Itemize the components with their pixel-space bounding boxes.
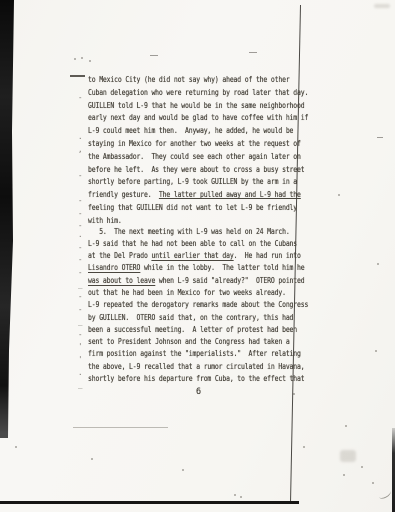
text-line: Cuban delegation who were returning by r… (88, 87, 354, 100)
margin-mark: - (78, 293, 88, 300)
margin-mark: ' (78, 343, 88, 350)
margin-mark: - (78, 172, 88, 179)
margin-mark: _ (78, 281, 88, 288)
text-line: feeling that GUILLEN did not want to let… (88, 202, 354, 215)
scan-artifact-dot (361, 466, 363, 468)
text-line: L-9 said that he had not been able to ca… (88, 238, 354, 250)
scan-artifact-dot (89, 60, 91, 62)
text-line: before he left. As they were about to cr… (88, 164, 354, 177)
margin-mark: _ (78, 318, 88, 325)
scan-artifact-dot (345, 425, 347, 427)
text-line: at the Del Prado until earlier that day.… (88, 250, 354, 262)
margin-mark: , (78, 146, 88, 153)
scan-artifact-dash-strong (70, 75, 85, 77)
scan-artifact-dot (377, 263, 379, 265)
scanned-document-page: to Mexico City (he did not say why) ahea… (0, 0, 395, 512)
text-line: early next day and would be glad to have… (88, 112, 354, 125)
scan-artifact-dot (81, 57, 83, 59)
paragraph-item-5: 5. The next meeting with L-9 was held on… (88, 226, 354, 386)
scan-artifact-dot (303, 446, 305, 448)
margin-mark: - (78, 306, 88, 313)
text-line: was about to leave when L-9 said "alread… (88, 275, 354, 287)
underlined-phrase: The latter pulled away and L-9 had the (159, 190, 301, 199)
scan-edge-left-band (0, 0, 15, 438)
text-line: out that he had been in Mexico for two w… (88, 287, 354, 299)
text-line: shortly before his departure from Cuba, … (88, 373, 354, 385)
paragraph-continuation: to Mexico City (he did not say why) ahea… (88, 74, 354, 228)
margin-mark: . (78, 133, 88, 140)
scan-artifact-line (73, 427, 168, 428)
margin-mark: . (78, 369, 88, 376)
underlined-phrase: until earlier that day (151, 251, 233, 260)
margin-mark: - (78, 269, 88, 276)
text-line: L-9 repeated the derogatory remarks made… (88, 299, 354, 311)
text-line: sent to President Johnson and the Congre… (88, 336, 354, 348)
scan-artifact-dash (377, 137, 383, 138)
scan-artifact-dot (91, 458, 93, 460)
text-line: L-9 could meet him then. Anyway, he adde… (88, 125, 354, 138)
margin-mark: ' (78, 356, 88, 363)
text-line: to Mexico City (he did not say why) ahea… (88, 74, 354, 87)
scan-artifact-dot (234, 494, 236, 496)
text-line: shortly before parting, L-9 took GUILLEN… (88, 176, 354, 189)
scan-artifact-dash (249, 52, 257, 53)
margin-mark: - (78, 222, 88, 229)
text-line: by GUILLEN. OTERO said that, on the cont… (88, 312, 354, 324)
scan-artifact-squiggle (377, 487, 392, 500)
margin-mark: - (78, 210, 88, 217)
scan-artifact-smudge (340, 450, 356, 462)
text-line: been a successful meeting. A letter of p… (88, 324, 354, 336)
scan-artifact-dot (182, 469, 184, 471)
text-line: GUILLEN told L-9 that he would be in the… (88, 100, 354, 113)
text-line: the above, L-9 recalled that a rumor cir… (88, 361, 354, 373)
scan-artifact-dot (375, 350, 377, 352)
margin-mark: . (78, 231, 88, 238)
margin-mark: - (78, 244, 88, 251)
underlined-phrase: Lisandro OTERO (88, 263, 140, 272)
margin-mark: - (78, 256, 88, 263)
scan-artifact-smudge (374, 4, 390, 8)
text-line: Lisandro OTERO while in the lobby. The l… (88, 262, 354, 274)
scan-artifact-dot (343, 474, 345, 476)
text-line: friendly gesture. The latter pulled away… (88, 189, 354, 202)
underlined-phrase: was about to leave (88, 276, 155, 285)
bottom-edge-line (0, 501, 299, 504)
margin-mark: - (78, 94, 88, 101)
scan-artifact-dot (338, 194, 340, 196)
text-line: 5. The next meeting with L-9 was held on… (88, 226, 354, 238)
scan-artifact-dash (150, 55, 158, 56)
margin-mark: - (78, 331, 88, 338)
text-line: the Ambassador. They could see each othe… (88, 151, 354, 164)
text-line: firm position against the "imperialists.… (88, 348, 354, 360)
page-number: 6 (196, 387, 201, 397)
scan-artifact-dot (74, 58, 76, 60)
scan-artifact-dot (372, 482, 374, 484)
scan-artifact-dot (15, 446, 17, 448)
scan-artifact-dot (240, 496, 242, 498)
text-line: staying in Mexico for another two weeks … (88, 138, 354, 151)
margin-mark: - (78, 197, 88, 204)
scan-artifact-dot (293, 393, 295, 395)
margin-mark: _ (78, 381, 88, 388)
